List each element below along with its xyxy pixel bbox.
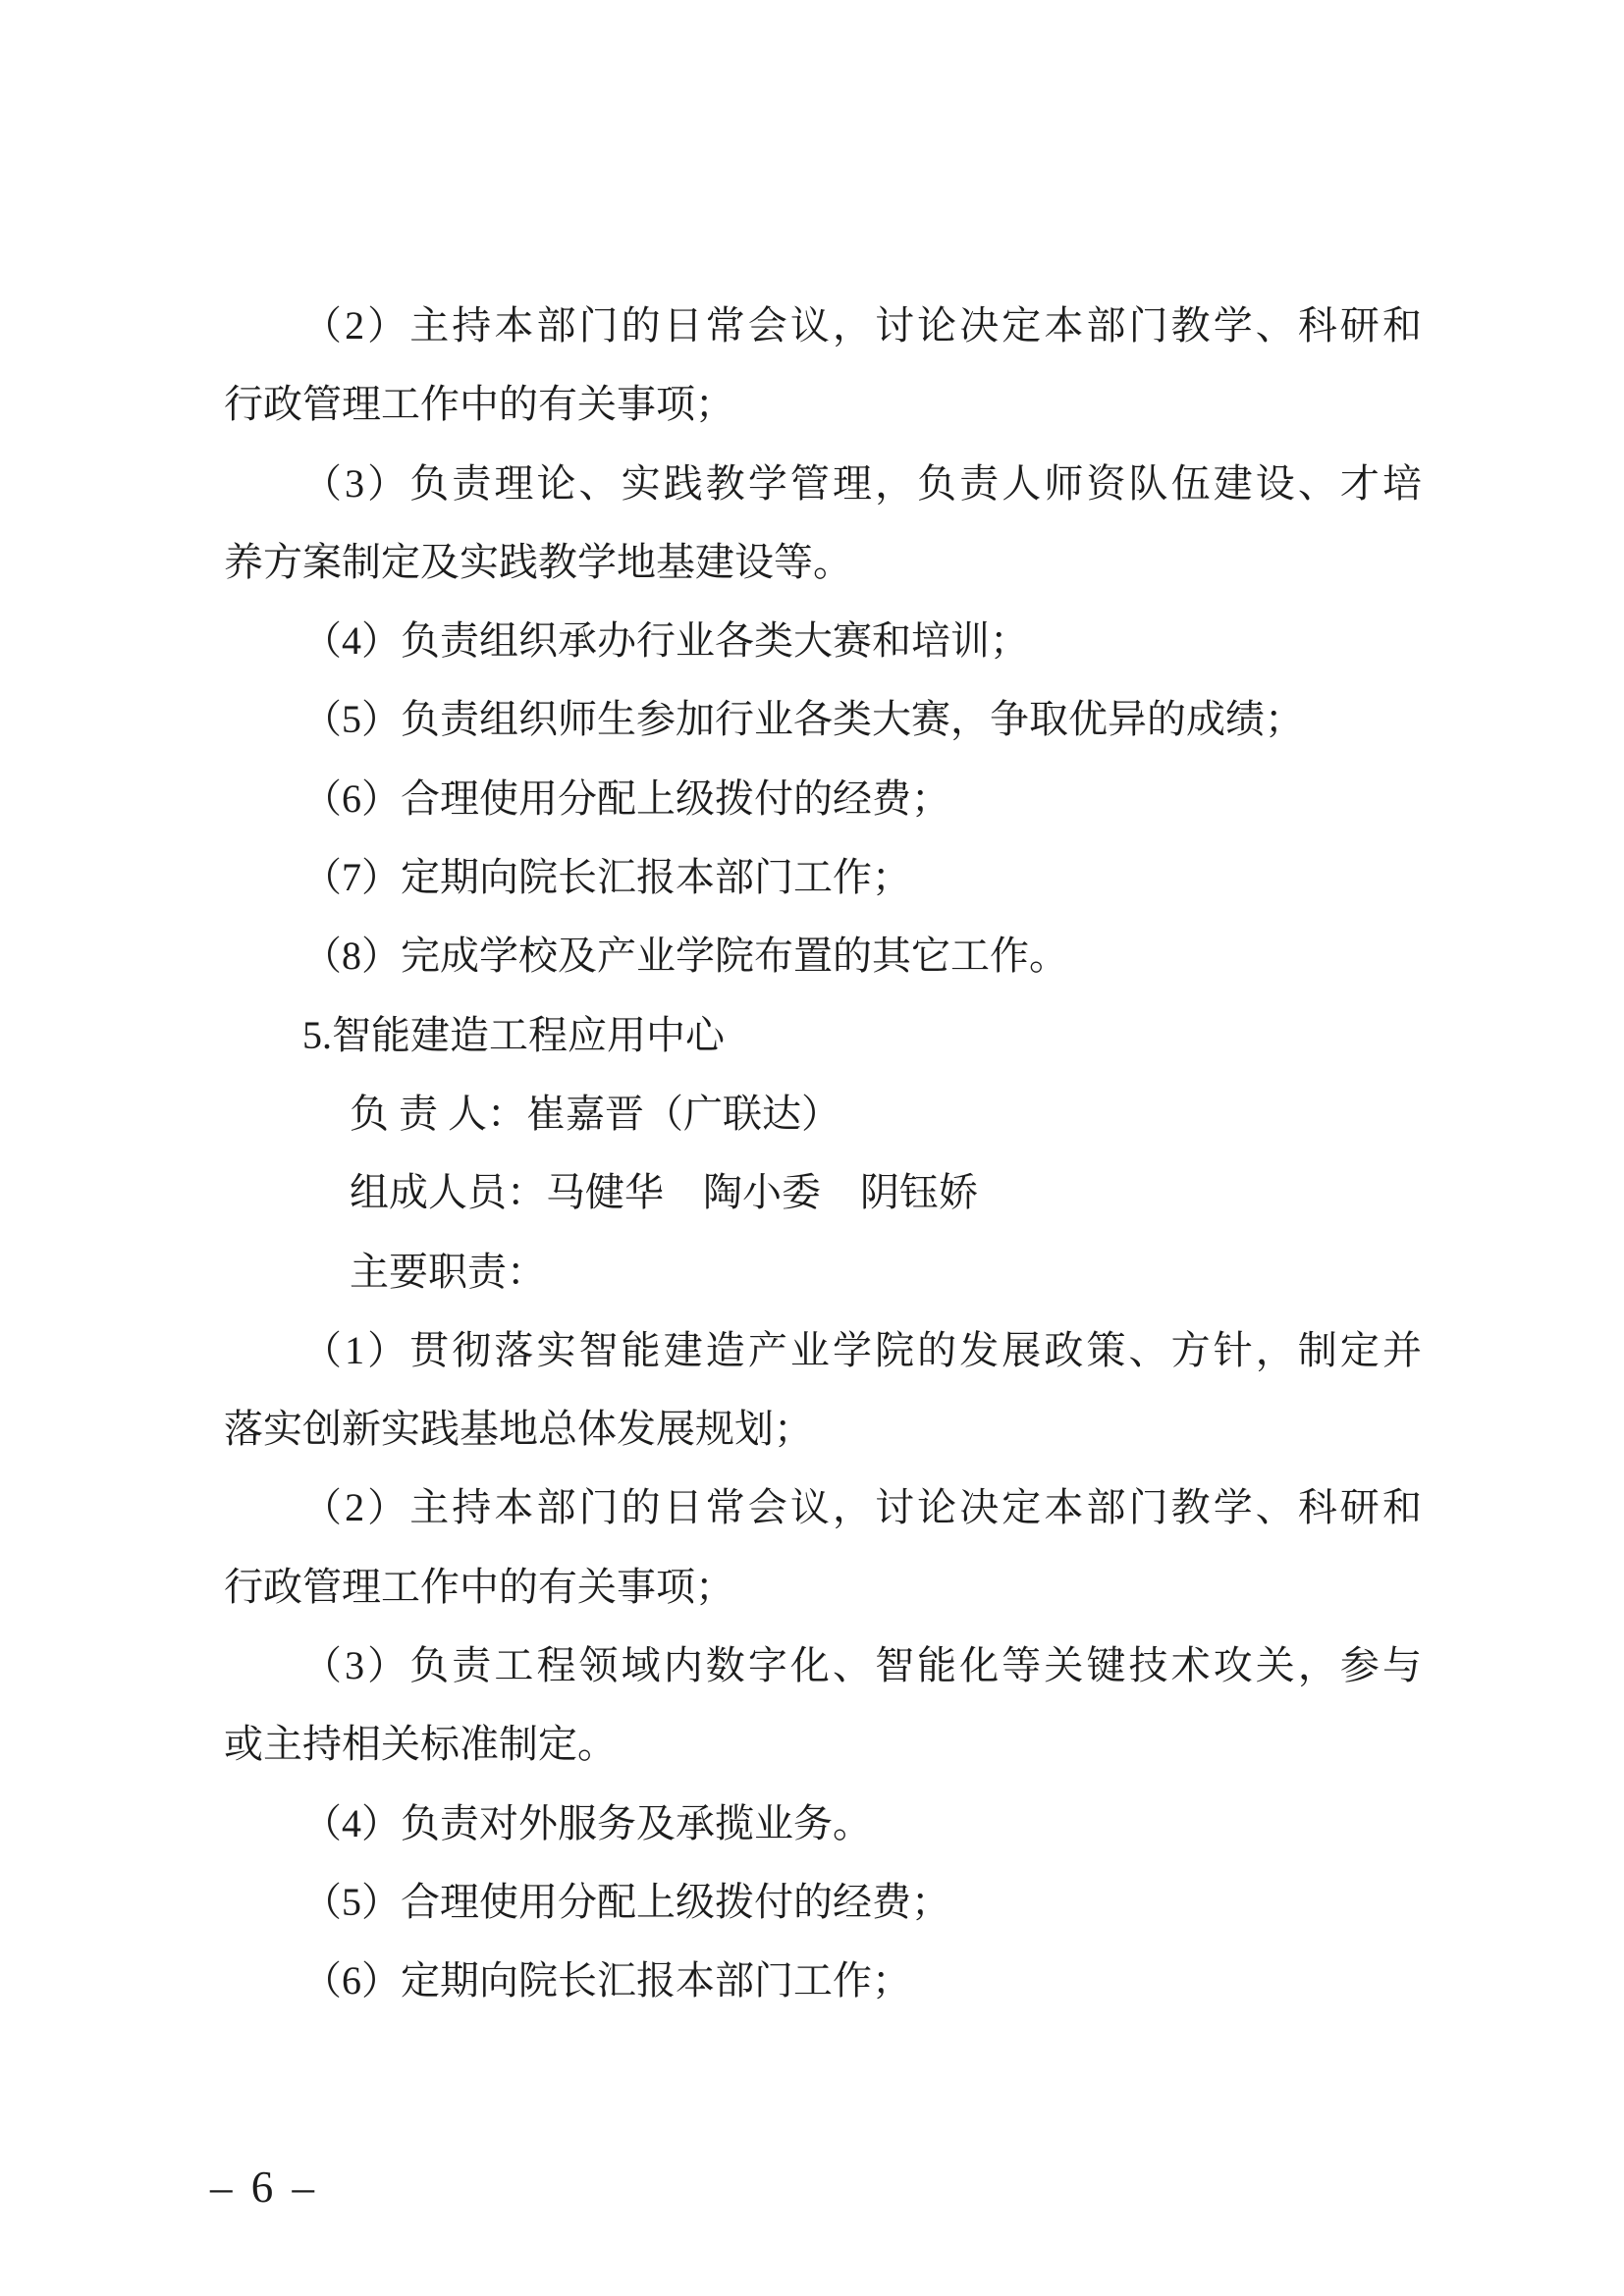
- text-line: 养方案制定及实践教学地基建设等。: [224, 523, 1422, 602]
- text-line: （5）合理使用分配上级拨付的经费；: [224, 1863, 1422, 1942]
- text-line: （5）负责组织师生参加行业各类大赛，争取优异的成绩；: [224, 680, 1422, 759]
- text-line: （7）定期向院长汇报本部门工作；: [224, 838, 1422, 917]
- document-page: （2）主持本部门的日常会议，讨论决定本部门教学、科研和 行政管理工作中的有关事项…: [0, 0, 1624, 2296]
- page-number: – 6 –: [210, 2163, 318, 2212]
- text-line: （4）负责对外服务及承揽业务。: [224, 1785, 1422, 1863]
- text-line: （8）完成学校及产业学院布置的其它工作。: [224, 917, 1422, 995]
- text-line: （1）贯彻落实智能建造产业学院的发展政策、方针，制定并: [224, 1311, 1422, 1390]
- text-line: （3）负责工程领域内数字化、智能化等关键技术攻关，参与: [224, 1627, 1422, 1705]
- text-line: （6）合理使用分配上级拨付的经费；: [224, 760, 1422, 838]
- text-line: 落实创新实践基地总体发展规划；: [224, 1390, 1422, 1468]
- members-line: 组成人员：马健华 陶小委 阴钰娇: [224, 1153, 1422, 1232]
- duties-label-line: 主要职责：: [224, 1233, 1422, 1311]
- text-line: 行政管理工作中的有关事项；: [224, 1548, 1422, 1627]
- text-line: （2）主持本部门的日常会议，讨论决定本部门教学、科研和: [224, 287, 1422, 365]
- leader-line: 负 责 人：崔嘉晋（广联达）: [224, 1075, 1422, 1153]
- text-line: （2）主持本部门的日常会议，讨论决定本部门教学、科研和: [224, 1468, 1422, 1547]
- text-line: （6）定期向院长汇报本部门工作；: [224, 1942, 1422, 2020]
- document-body: （2）主持本部门的日常会议，讨论决定本部门教学、科研和 行政管理工作中的有关事项…: [224, 287, 1422, 2021]
- text-line: 或主持相关标准制定。: [224, 1705, 1422, 1784]
- text-line: （4）负责组织承办行业各类大赛和培训；: [224, 602, 1422, 680]
- section-heading: 5.智能建造工程应用中心: [224, 996, 1422, 1075]
- text-line: （3）负责理论、实践教学管理，负责人师资队伍建设、才培: [224, 445, 1422, 523]
- text-line: 行政管理工作中的有关事项；: [224, 365, 1422, 444]
